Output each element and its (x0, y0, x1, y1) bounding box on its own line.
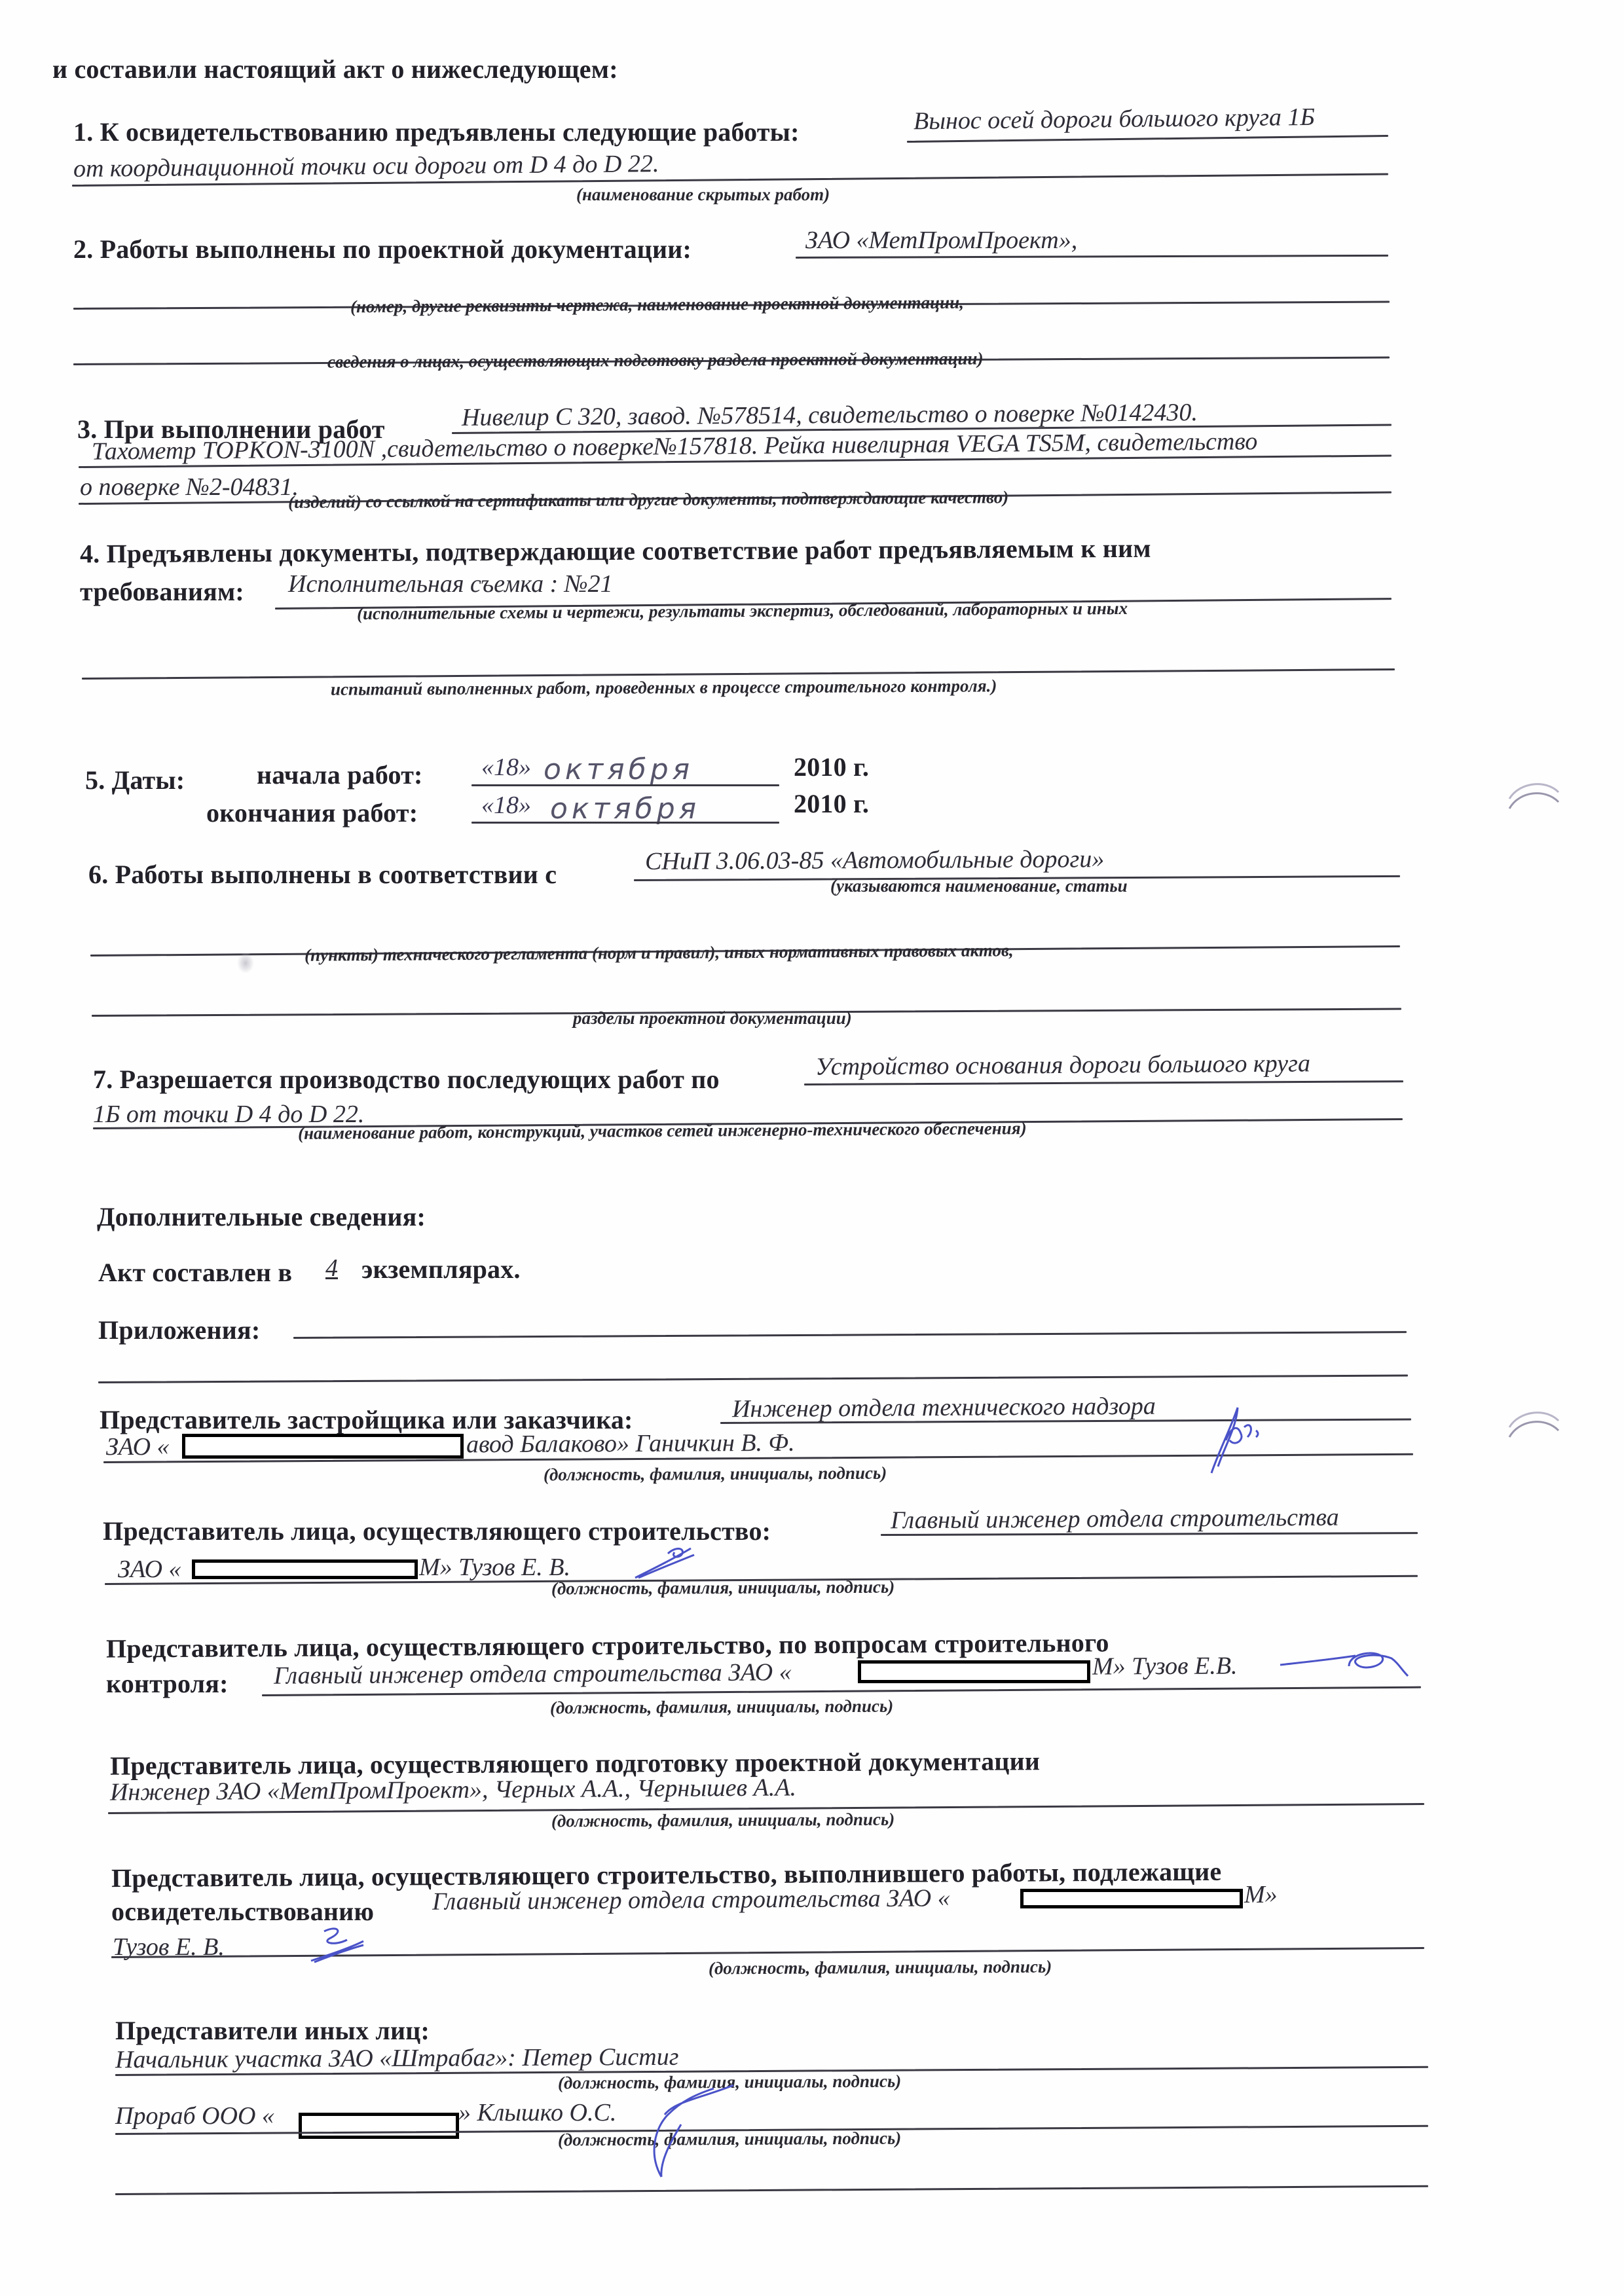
section-1-hint: (наименование скрытых работ) (576, 185, 830, 205)
section-6-value: СНиП 3.06.03-85 «Автомобильные дороги» (645, 845, 1105, 876)
redaction-box (1020, 1889, 1243, 1908)
builder-signature (629, 1542, 701, 1581)
builder-rep-value-suffix: М» Тузов Е. В. (419, 1553, 570, 1582)
attachments-label: Приложения: (98, 1315, 260, 1345)
customer-signature (1198, 1401, 1270, 1480)
control-rep-value-suffix: М» Тузов Е.В. (1092, 1651, 1238, 1681)
others-label: Представители иных лиц: (115, 2015, 430, 2046)
control-rep-hint: (должность, фамилия, инициалы, подпись) (550, 1696, 893, 1719)
customer-rep-value-suffix: авод Балаково» Ганичкин В. Ф. (466, 1429, 795, 1459)
punch-hole-mark (1506, 773, 1565, 812)
performer-rep-value-prefix: Главный инженер отдела строительства ЗАО… (432, 1884, 950, 1916)
attachments-underline-2 (98, 1375, 1408, 1383)
section-6-hint-1: (указываются наименование, статьи (830, 876, 1128, 896)
start-date-year: 2010 г. (794, 752, 869, 782)
copies-suffix: экземплярах. (361, 1254, 521, 1285)
others-person-2-prefix: Прораб ООО « (115, 2102, 274, 2130)
section-4-label-line1: 4. Предъявлены документы, подтверждающие… (80, 533, 1151, 570)
customer-rep-hint: (должность, фамилия, инициалы, подпись) (544, 1463, 887, 1485)
section-2-underline-1 (796, 255, 1388, 259)
section-4-value: Исполнительная съемка : №21 (288, 570, 613, 598)
end-date-year: 2010 г. (794, 788, 869, 819)
punch-hole-mark (1506, 1401, 1565, 1440)
design-rep-hint: (должность, фамилия, инициалы, подпись) (551, 1810, 895, 1832)
control-rep-label-line2: контроля: (106, 1668, 229, 1699)
section-1-value-line1: Вынос осей дороги большого круга 1Б (913, 103, 1315, 136)
others-underline-3 (115, 2185, 1428, 2195)
section-2-hint-1: (номер, другие реквизиты чертежа, наимен… (350, 293, 964, 318)
builder-rep-hint: (должность, фамилия, инициалы, подпись) (551, 1577, 895, 1599)
section-2-value: ЗАО «МетПромПроект», (805, 226, 1077, 255)
end-date-underline (471, 822, 779, 824)
start-date-day: «18» (481, 753, 531, 782)
scan-smudge (237, 953, 254, 974)
section-4-hint-1: (исполнительные схемы и чертежи, результ… (357, 598, 1128, 624)
end-date-month: октября (550, 792, 700, 826)
section-7-underline-1 (804, 1080, 1403, 1085)
performer-signature (298, 1922, 370, 1967)
builder-rep-value-line1: Главный инженер отдела строительства (891, 1503, 1339, 1535)
section-7-label: 7. Разрешается производство последующих … (93, 1064, 720, 1095)
section-6-label: 6. Работы выполнены в соответствии с (88, 859, 557, 890)
section-4-label-line2: требованиям: (80, 576, 244, 607)
additional-info-label: Дополнительные сведения: (97, 1201, 426, 1232)
customer-rep-value-line1: Инженер отдела технического надзора (732, 1392, 1156, 1424)
control-signature (1277, 1647, 1414, 1692)
redaction-box (299, 2113, 459, 2139)
attachments-underline-1 (293, 1331, 1407, 1339)
section-1-value-line2: от координационной точки оси дороги от D… (73, 149, 659, 183)
end-date-day: «18» (481, 791, 531, 820)
section-6-hint-3: разделы проектной документации) (573, 1008, 852, 1029)
others-person-2-suffix: » Клышко О.С. (458, 2098, 616, 2127)
section-7-value-line1: Устройство основания дороги большого кру… (815, 1049, 1310, 1081)
redaction-box (858, 1660, 1090, 1683)
section-7-hint: (наименование работ, конструкций, участк… (298, 1118, 1027, 1144)
end-date-label: окончания работ: (206, 797, 418, 828)
others-signature (622, 2075, 740, 2180)
redaction-box (192, 1559, 418, 1579)
customer-rep-value-prefix: ЗАО « (106, 1432, 170, 1461)
design-rep-value: Инженер ЗАО «МетПромПроект», Черных А.А.… (110, 1773, 796, 1806)
section-4-hint-2: испытаний выполненных работ, проведенных… (331, 676, 997, 699)
intro-heading: и составили настоящий акт о нижеследующе… (52, 54, 618, 84)
performer-rep-value-suffix: М» (1244, 1880, 1278, 1909)
section-2-hint-2: сведения о лицах, осуществляющих подгото… (327, 348, 984, 372)
copies-prefix: Акт составлен в (98, 1257, 292, 1288)
others-person-1: Начальник участка ЗАО «Штрабаг»: Петер С… (115, 2043, 679, 2075)
copies-count: 4 (325, 1254, 338, 1283)
start-date-label: начала работ: (257, 759, 423, 790)
section-1-label: 1. К освидетельствованию предъявлены сле… (73, 117, 800, 147)
section-2-label: 2. Работы выполнены по проектной докумен… (73, 234, 692, 264)
start-date-month: октября (544, 753, 693, 786)
builder-rep-value-prefix: ЗАО « (118, 1555, 181, 1584)
section-5-label: 5. Даты: (85, 765, 185, 795)
performer-rep-hint: (должность, фамилия, инициалы, подпись) (709, 1957, 1052, 1979)
control-rep-value-prefix: Главный инженер отдела строительства ЗАО… (274, 1658, 792, 1690)
section-3-hint: (изделий) со ссылкой на сертификаты или … (288, 487, 1008, 513)
section-6-hint-2: (пункты) технического регламента (норм и… (304, 940, 1014, 966)
act-document-page: и составили настоящий акт о нижеследующе… (0, 0, 1624, 2296)
redaction-box (182, 1434, 464, 1459)
start-date-underline (471, 784, 779, 786)
section-3-value-line3: о поверке №2-04831. (80, 473, 299, 501)
section-1-underline-1 (907, 135, 1388, 143)
